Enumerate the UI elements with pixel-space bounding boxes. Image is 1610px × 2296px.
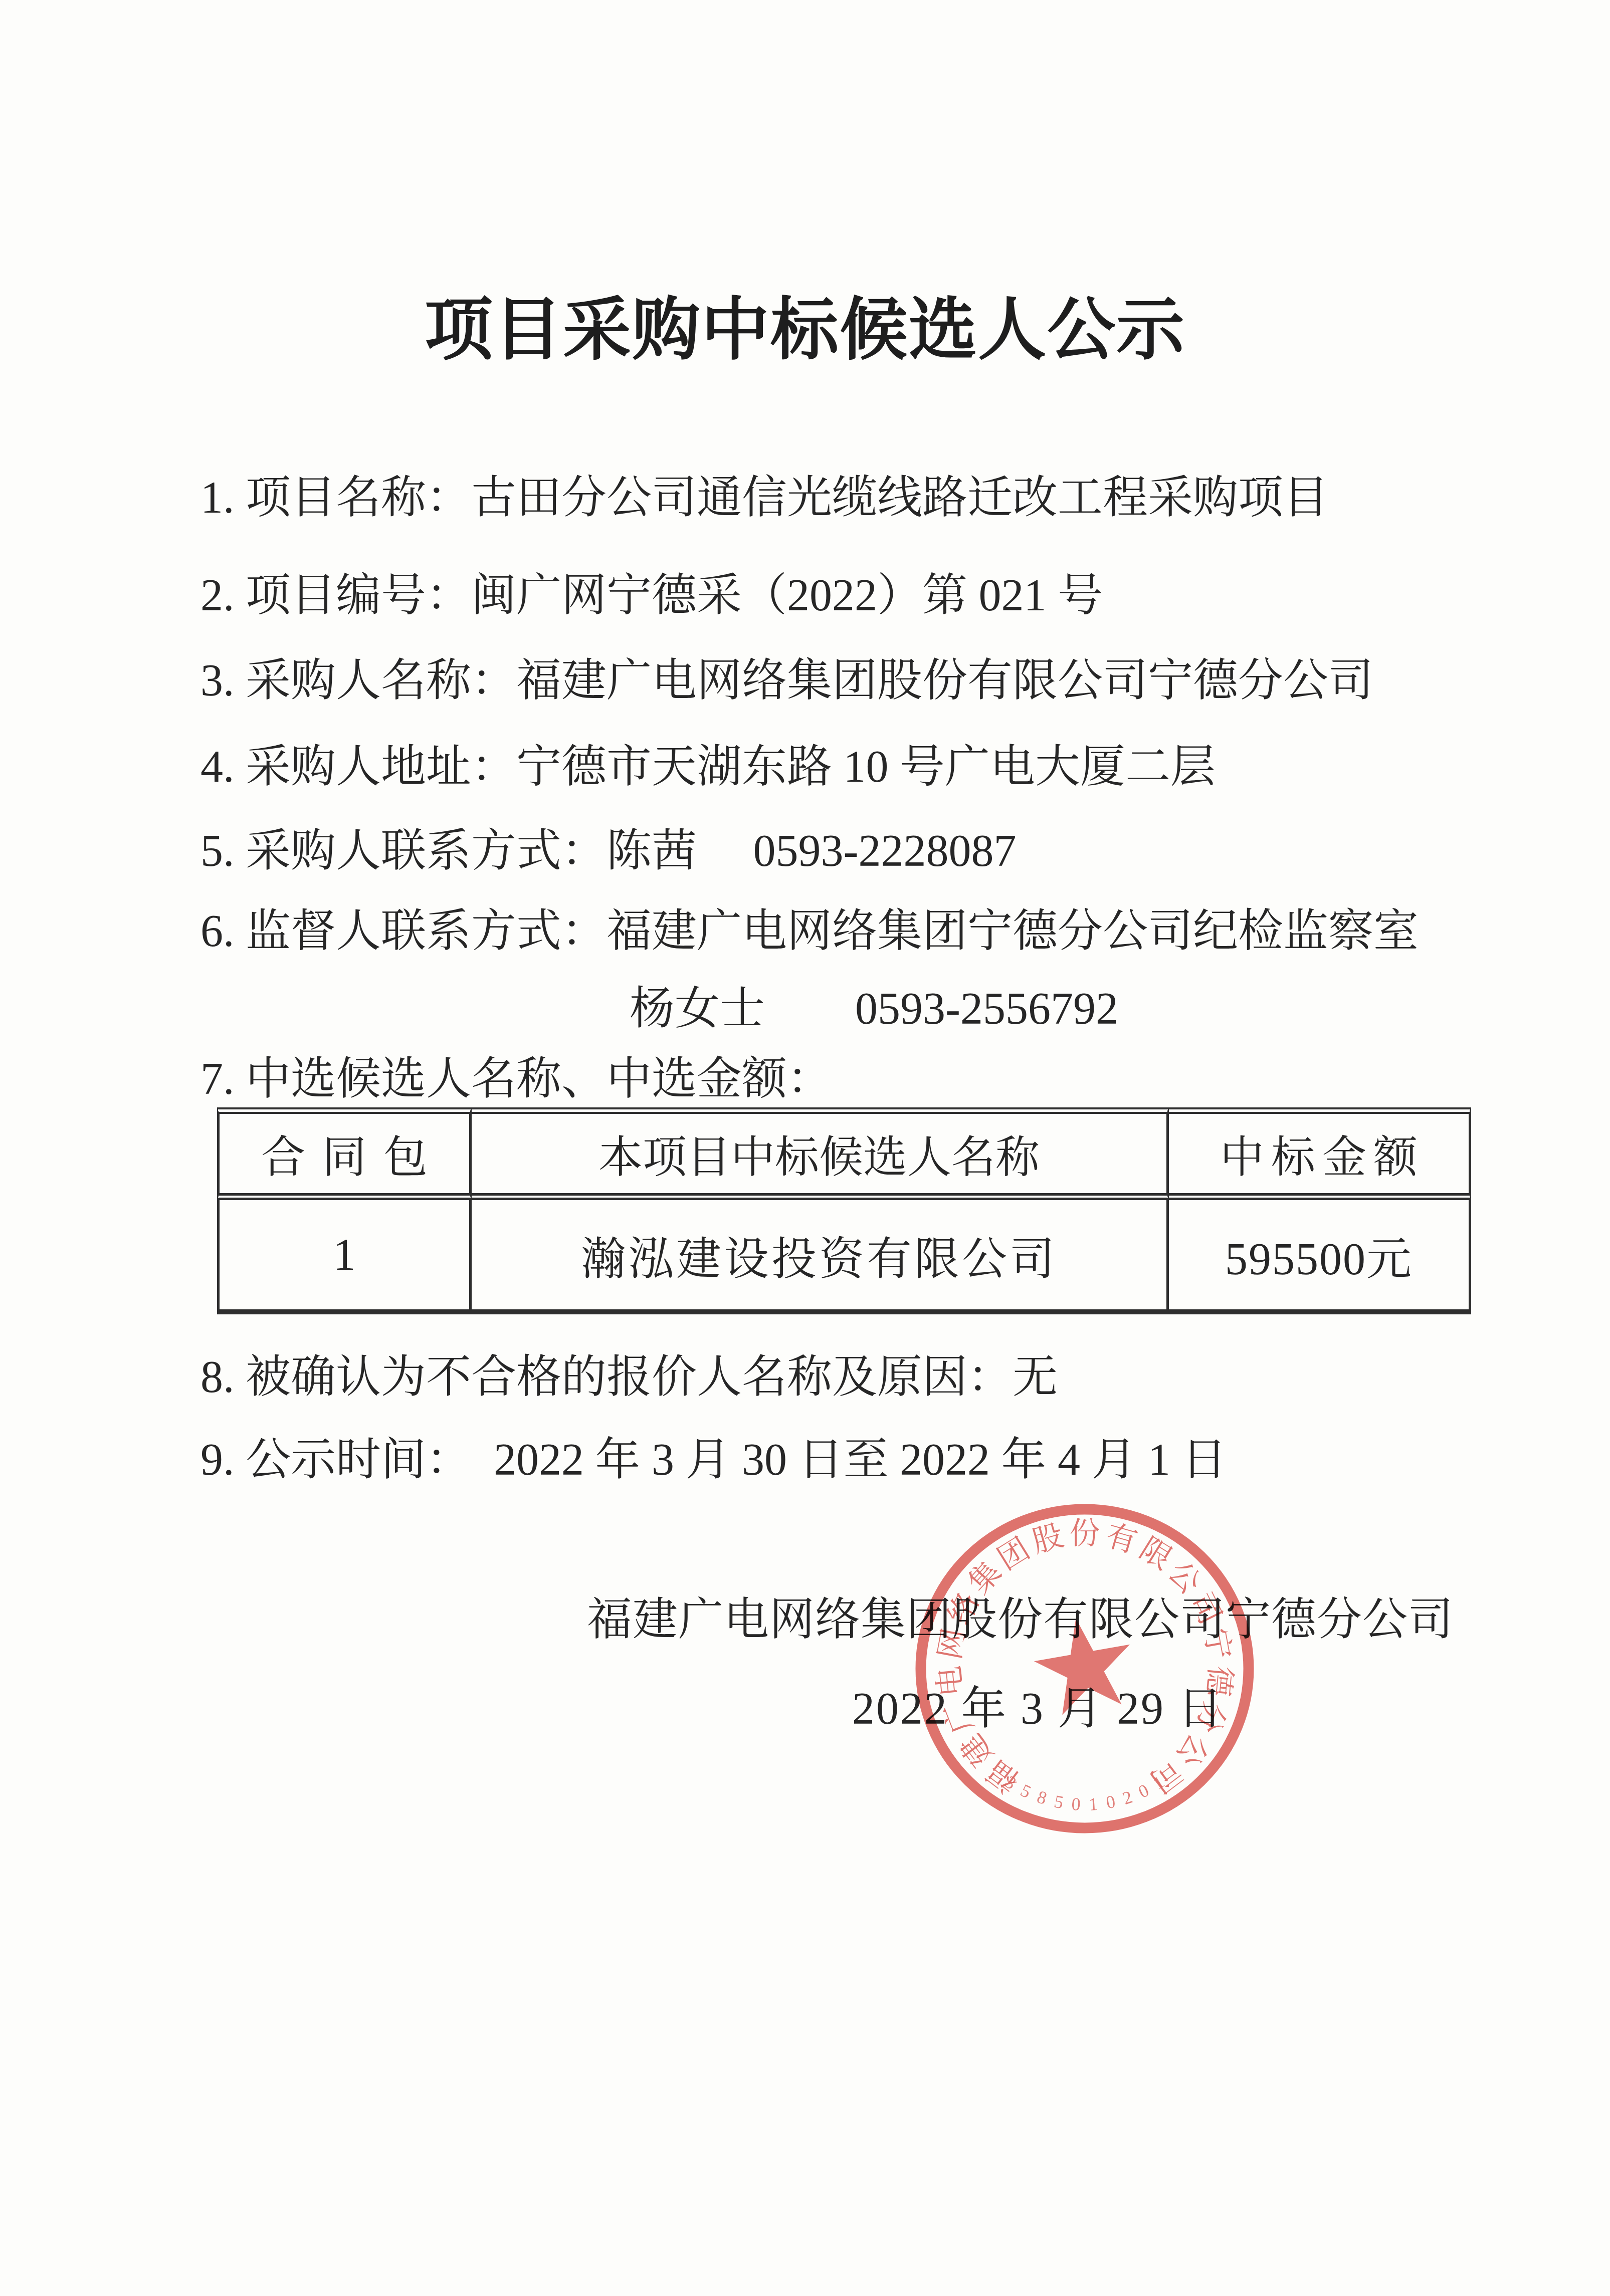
stamp-ring-char: 电 [932,1664,968,1698]
stamp-ring-char: 广 [938,1697,980,1738]
cell-candidate-name: 瀚泓建设投资有限公司 [472,1200,1169,1314]
company-seal-stamp: 福建广电网络集团股份有限公司宁德分公司 1020105853 [904,1488,1265,1849]
list-item-9: 9. 公示时间： 2022 年 3 月 30 日至 2022 年 4 月 1 日 [200,1431,1227,1490]
stamp-ring-char: 份 [1069,1517,1100,1551]
list-item-5: 5. 采购人联系方式：陈茜 0593-2228087 [200,822,1016,881]
stamp-serial-digit: 0 [1104,1791,1117,1813]
stamp-serial-digit: 0 [1135,1780,1152,1802]
list-item-4: 4. 采购人地址：宁德市天湖东路 10 号广电大厦二层 [200,738,1216,797]
list-item-8: 8. 被确认为不合格的报价人名称及原因：无 [200,1348,1058,1407]
list-item-6: 6. 监督人联系方式：福建广电网络集团宁德分公司纪检监察室 [200,902,1419,961]
stamp-ring-char: 德 [1200,1664,1237,1699]
stamp-serial-digit: 1 [1088,1794,1099,1814]
stamp-ring-char: 司 [1183,1587,1227,1630]
award-table-header-row: 合同包 本项目中标候选人名称 中标金额 [217,1107,1471,1200]
stamp-serial-digit: 8 [1035,1786,1050,1808]
page-title: 项目采购中标候选人公示 [0,275,1610,373]
stamp-star-icon [1028,1610,1140,1718]
stamp-ring-char: 宁 [1197,1626,1236,1662]
stamp-ring-char: 网 [933,1626,972,1662]
list-item-2: 2. 项目编号：闽广网宁德采（2022）第 021 号 [200,566,1103,625]
header-candidate-name: 本项目中标候选人名称 [472,1107,1169,1200]
document-page: 项目采购中标候选人公示 1. 项目名称：古田分公司通信光缆线路迁改工程采购项目 … [0,0,1610,2296]
cell-contract-package: 1 [217,1200,472,1314]
award-table: 合同包 本项目中标候选人名称 中标金额 1 瀚泓建设投资有限公司 595500元 [217,1107,1471,1314]
header-award-amount: 中标金额 [1169,1107,1471,1200]
header-contract-package: 合同包 [217,1107,472,1200]
list-item-7: 7. 中选候选人名称、中选金额： [200,1050,832,1109]
stamp-ring-char: 分 [1189,1697,1232,1738]
stamp-serial-digit: 5 [1018,1780,1035,1802]
stamp-serial-number: 1020105853 [1001,1772,1168,1814]
list-item-6-continuation: 杨女士 0593-2556792 [630,980,1118,1039]
stamp-ring-char: 股 [1029,1519,1067,1559]
list-item-3: 3. 采购人名称：福建广电网络集团股份有限公司宁德分公司 [200,651,1373,711]
cell-award-amount: 595500元 [1169,1200,1471,1314]
list-item-1: 1. 项目名称：古田分公司通信光缆线路迁改工程采购项目 [200,469,1328,528]
stamp-ring-char: 有 [1102,1519,1141,1559]
stamp-serial-digit: 0 [1071,1794,1081,1814]
stamp-serial-digit: 2 [1120,1786,1135,1808]
stamp-serial-digit: 5 [1053,1791,1065,1813]
award-table-data-row: 1 瀚泓建设投资有限公司 595500元 [217,1200,1471,1314]
